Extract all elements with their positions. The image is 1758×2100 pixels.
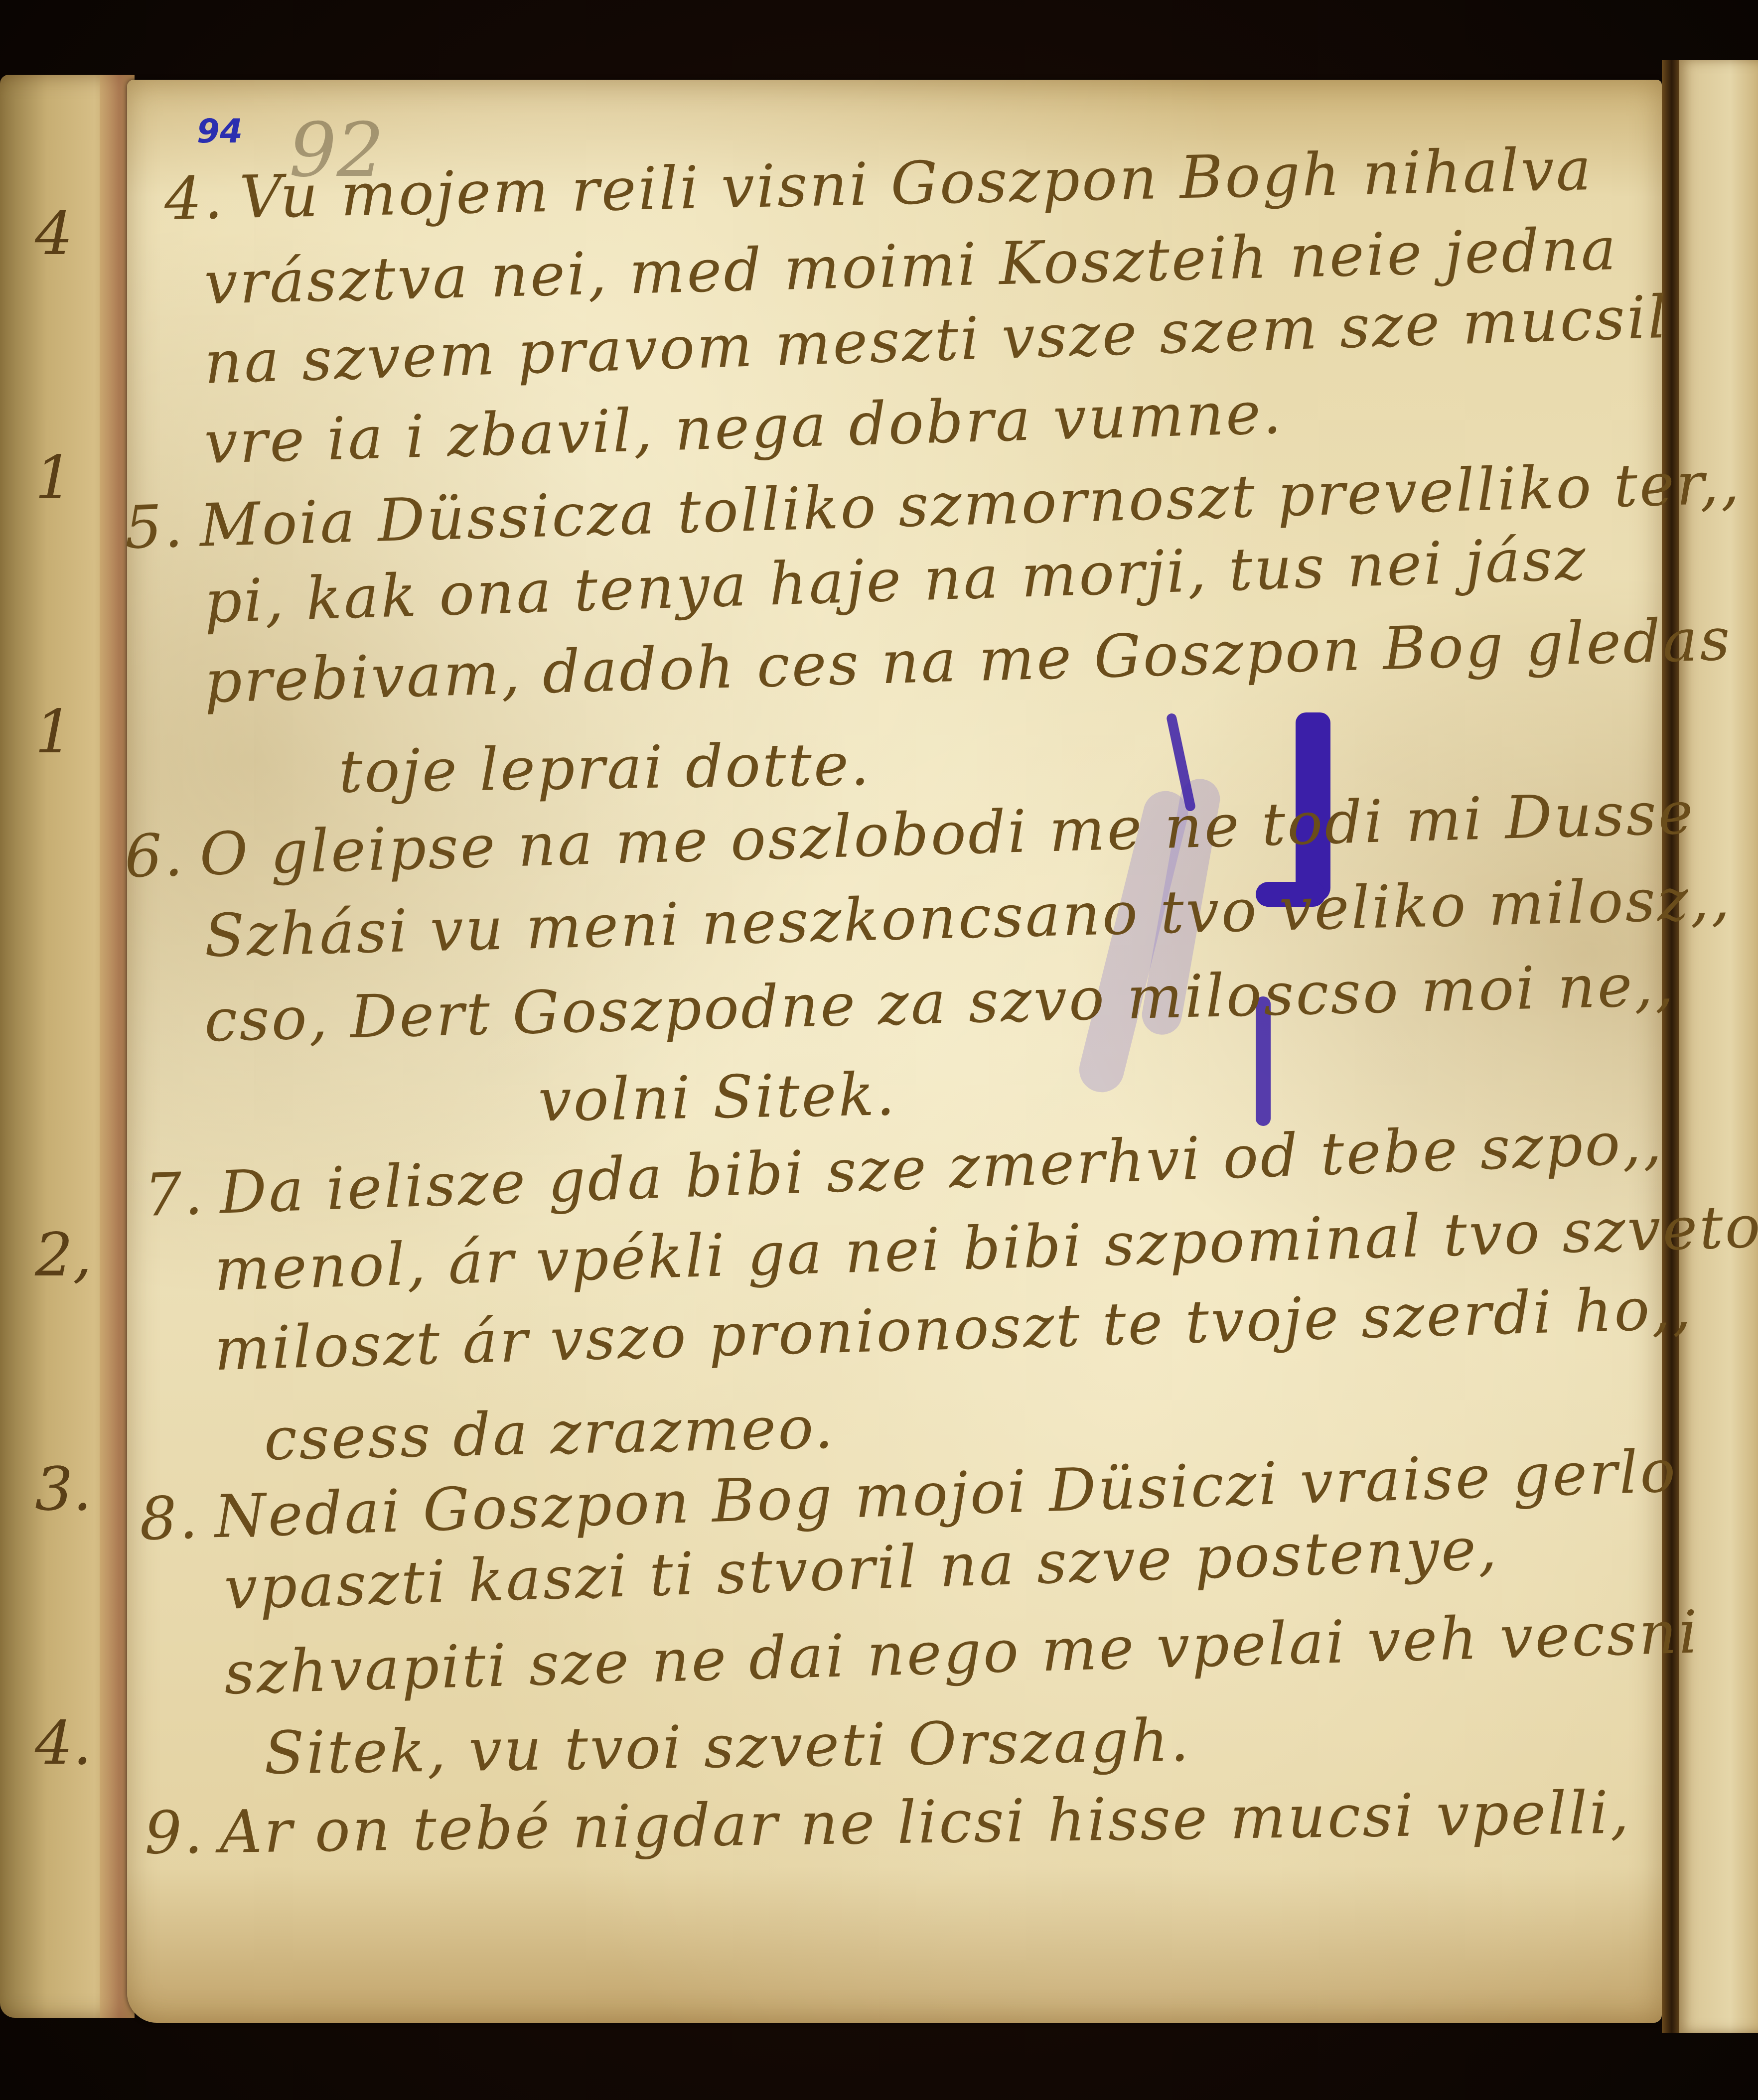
margin-number: 2, [35,1221,92,1290]
margin-number: 1 [35,698,73,767]
margin-number: 4. [35,1709,92,1778]
margin-number: 4 [35,199,73,269]
manuscript-scan: 4 1 1 2, 3. 4. 94 92 4.Vu mojem reili vi… [0,0,1758,2100]
text-line: Sitek, vu tvoi szveti Orszagh. [249,1706,1191,1788]
next-page-edge [1679,60,1758,2033]
binding-gutter [1662,60,1682,2033]
text-line: volni Sitek. [523,1060,897,1135]
text-line: toje leprai dotte. [323,730,872,806]
margin-number: 3. [35,1455,92,1524]
folio-number-blue: 94 [197,112,243,150]
text-line: csess da zrazmeo. [249,1393,836,1474]
margin-number: 1 [35,443,73,513]
